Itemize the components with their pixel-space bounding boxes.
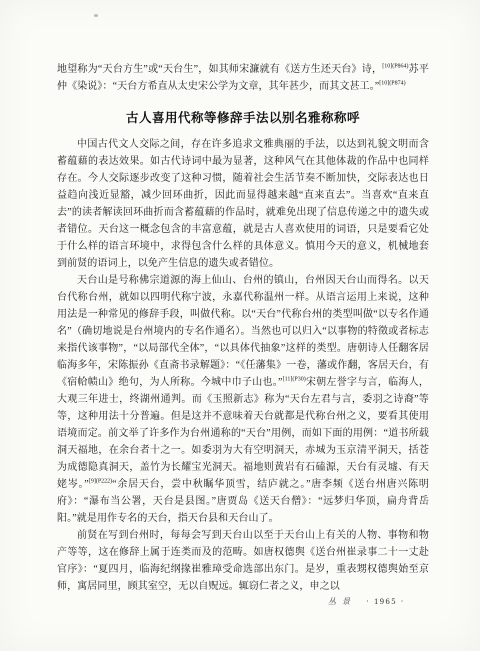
text-run: 宋朝左誉字与言，临海人，大观三年进士，终湖州通判。而《玉照新志》称为“天台左君与… (57, 377, 429, 490)
scan-artifact-speck (94, 14, 98, 17)
text-run: 前贤在写到台州时，每每会写到天台山以至于天台山上有关的人物、事物和物产等等，这在… (57, 530, 429, 592)
text-run: 天台山是号称佛宗道源的海上仙山、台州的镇山，台州因天台山而得名。以天台代称台州，… (57, 275, 429, 388)
citation-ref: [10](P874) (379, 81, 405, 87)
page-body: 地望称为“天台方生”或“天台生”，如其师宋濂就有《送方生还天台》诗，[10](P… (57, 61, 429, 595)
text-run: 中国古代文人交际之间，存在许多追求文雅典丽的手法，以达到礼貌文明而含蓄蕴藉的表达… (57, 139, 429, 269)
body-paragraph: 天台山是号称佛宗道源的海上仙山、台州的镇山，台州因天台山而得名。以天台代称台州，… (57, 272, 429, 527)
text-run: “余居天台，尝中秋瞩华顶雪，结庐就之。”唐李频《送台州唐兴陈明府》：“瀑布当公署… (57, 479, 429, 524)
text-run: 地望称为“天台方生”或“天台生”，如其师宋濂就有《送方生还天台》诗， (57, 64, 382, 75)
body-paragraph: 中国古代文人交际之间，存在许多追求文雅典丽的手法，以达到礼貌文明而含蓄蕴藉的表达… (57, 136, 429, 272)
footer-page-number: · 1965 · (366, 596, 405, 606)
body-paragraph: 地望称为“天台方生”或“天台生”，如其师宋濂就有《送方生还天台》诗，[10](P… (57, 61, 429, 95)
footer-journal-label: 丛景 (328, 596, 356, 607)
page-footer: 丛景 · 1965 · (328, 596, 405, 607)
section-heading: 古人喜用代称等修辞手法以别名雅称称呼 (57, 108, 429, 126)
citation-ref: [11](P30) (283, 377, 306, 383)
citation-ref: [9](P222) (89, 479, 112, 485)
body-paragraph: 前贤在写到台州时，每每会写到天台山以至于天台山上有关的人物、事物和物产等等，这在… (57, 527, 429, 595)
citation-ref: [10](P864) (382, 64, 408, 70)
document-page: 地望称为“天台方生”或“天台生”，如其师宋濂就有《送方生还天台》诗，[10](P… (0, 0, 480, 651)
